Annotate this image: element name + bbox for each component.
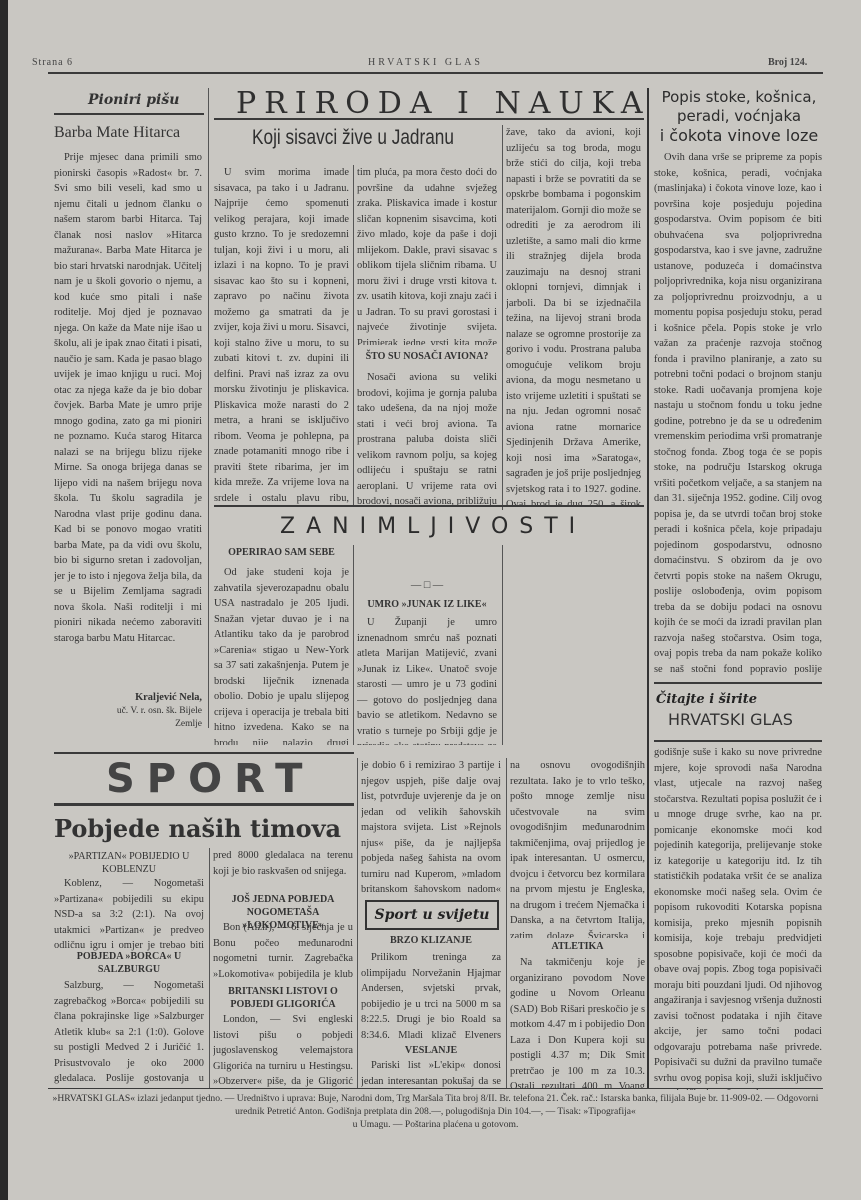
article-body-col1: U svim morima imade sisavaca, pa tako i …: [214, 165, 349, 505]
column-rule: [506, 758, 507, 1088]
article-body: U Županji je umro iznenadnom smrću naš p…: [357, 615, 497, 745]
article-body-cont: godišnje suše i kako su nove privredne m…: [654, 745, 822, 1090]
article-body: Prije mjesec dana primili smo pionirski …: [54, 150, 202, 690]
subheading: BRZO KLIZANJE: [361, 934, 501, 947]
subheading: ŠTO SU NOSAČI AVIONA?: [357, 350, 497, 363]
article-title: Popis stoke, košnica, peradi, voćnjaka i…: [654, 88, 824, 145]
subheading: POBJEDA »BORCA« U SALZBURGU: [54, 950, 204, 976]
article-body-cont: [506, 545, 641, 745]
footer-rule: [48, 1088, 823, 1089]
article-body: Na takmičenju koje je organizirano povod…: [510, 955, 645, 1088]
header-rule: [48, 72, 823, 74]
article-body: Koblenz, — Nogometaši »Partizana« pobije…: [54, 876, 204, 951]
divider: [214, 118, 644, 120]
divider: [214, 505, 644, 507]
subheading: BRITANSKI LISTOVI O POBJEDI GLIGORIĆA: [213, 985, 353, 1011]
imprint-line: u Umagu. — Poštarina plaćena u gotovom.: [48, 1118, 823, 1131]
column-rule: [353, 545, 354, 745]
separator: — □ —: [357, 578, 497, 594]
section-kicker: Pioniri pišu: [88, 92, 179, 108]
article-body-cont: na osnovu ovogodišnjih rezultata. Iako j…: [510, 758, 645, 938]
column-rule: [353, 165, 354, 505]
signature: Kraljević Nela,: [98, 690, 202, 706]
article-body-cont: je dobio 6 i remizirao 3 partije i njego…: [361, 758, 501, 898]
masthead: HRVATSKI GLAS: [368, 57, 483, 68]
section-banner: SPORT: [106, 756, 314, 802]
box-title: Sport u svijetu: [367, 902, 497, 928]
section-banner: PRIRODA I NAUKA: [236, 86, 651, 121]
article-body: Bon (Alžir), — 6. siječnja je u Bonu poč…: [213, 920, 353, 982]
column-rule: [502, 545, 503, 745]
sport-world-box: Sport u svijetu: [365, 900, 499, 930]
article-body: London, — Svi engleski listovi pišu o po…: [213, 1012, 353, 1088]
subheading: VESLANJE: [361, 1044, 501, 1057]
title-line: peradi, voćnjaka: [654, 107, 824, 126]
article-body-nosaci: Nosači aviona su veliki brodovi, kojima …: [357, 370, 497, 510]
subheading: »PARTIZAN« POBIJEDIO U KOBLENZU: [54, 850, 204, 876]
promo-name: HRVATSKI GLAS: [668, 710, 793, 729]
promo-script: Čitajte i širite: [656, 692, 757, 707]
column-rule: [647, 88, 649, 1088]
article-title: Barba Mate Hitarca: [54, 124, 180, 142]
column-rule: [209, 848, 210, 1088]
section-banner: ZANIMLJIVOSTI: [280, 514, 586, 539]
divider: [54, 752, 354, 754]
divider: [54, 113, 204, 115]
issue-number: Broj 124.: [768, 57, 807, 68]
article-body-col2: tim pluća, pa mora često doći do površin…: [357, 165, 497, 345]
subheading: UMRO »JUNAK IZ LIKE«: [357, 598, 497, 611]
subheading: OPERIRAO SAM SEBE: [214, 546, 349, 559]
divider: [654, 740, 822, 742]
column-rule: [502, 125, 503, 510]
article-body: Prilikom treninga za olimpijadu Norvežan…: [361, 950, 501, 1042]
column-rule: [357, 758, 358, 1088]
imprint-line: »HRVATSKI GLAS« izlazi jedanput tjedno. …: [48, 1092, 823, 1118]
article-body: Pariski list »L'ekip« donosi jedan inter…: [361, 1058, 501, 1088]
newspaper-page: Strana 6 HRVATSKI GLAS Broj 124. Pioniri…: [8, 0, 861, 1200]
column-rule: [208, 88, 209, 728]
article-body-col3: žave, tako da avioni, koji uzlijeću sa t…: [506, 125, 641, 505]
divider: [654, 682, 822, 684]
article-headline: Pobjede naših timova: [54, 814, 341, 843]
title-line: i čokota vinove loze: [654, 126, 824, 145]
article-title: Koji sisavci žive u Jadranu: [252, 126, 454, 150]
article-body-cont: pred 8000 gledalaca na terenu koji je bi…: [213, 848, 353, 894]
article-body: Ovih dana vrše se pripreme za popis stok…: [654, 150, 822, 680]
divider: [54, 803, 354, 806]
title-line: Popis stoke, košnica,: [654, 88, 824, 107]
imprint: »HRVATSKI GLAS« izlazi jedanput tjedno. …: [48, 1092, 823, 1131]
subheading: ATLETIKA: [510, 940, 645, 953]
article-body: Od jake studeni koja je zahvatila sjever…: [214, 565, 349, 745]
article-body: Salzburg, — Nogometaši zagrebačkog »Borc…: [54, 978, 204, 1086]
page-number: Strana 6: [32, 57, 73, 68]
signature-sub: uč. V. r. osn. šk. Bijele Zemlje: [88, 705, 202, 731]
